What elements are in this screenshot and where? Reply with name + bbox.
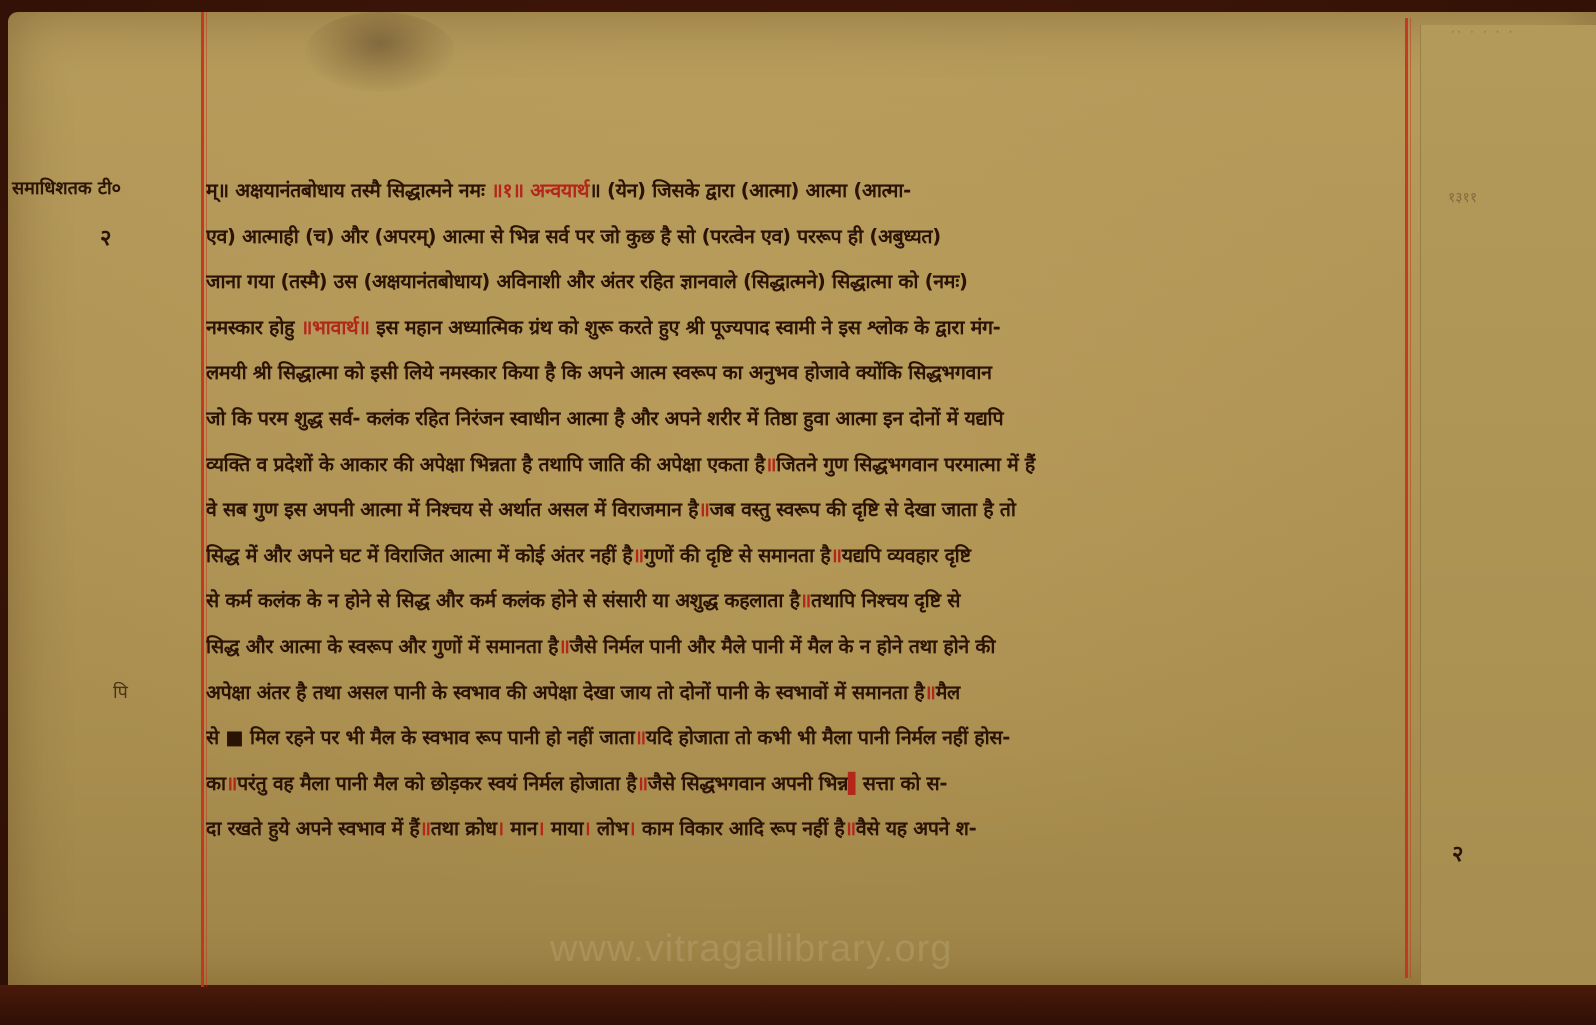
text-segment: दा रखते हुये अपने स्वभाव में हैं — [206, 817, 419, 840]
text-segment: जैसे निर्मल पानी और मैले पानी में मैल के… — [570, 635, 996, 658]
text-segment: अक्षयानंतबोधाय तस्मै सिद्धात्मने नमः — [235, 179, 491, 202]
left-margin-rule — [201, 12, 204, 987]
text-segment: अपेक्षा अंतर है तथा असल पानी के स्वभाव क… — [206, 681, 924, 704]
text-segment: जैसे सिद्धभगवान अपनी भिन्न — [648, 772, 848, 795]
text-line: सिद्ध में और अपने घट में विराजित आत्मा म… — [206, 533, 1406, 579]
margin-folio-number: २ — [100, 222, 111, 252]
rubric-segment: ॥१॥ — [491, 179, 530, 202]
text-line: सिद्ध और आत्मा के स्वरूप और गुणों में सम… — [206, 624, 1406, 670]
manuscript-photo: समाधिशतक टी० २ पि ·· · · · · १३११ २ म्॥ … — [0, 0, 1596, 1025]
text-segment: परंतु वह मैला पानी मैल को छोड़कर स्वयं न… — [237, 772, 636, 795]
text-line: जाना गया (तस्मै) उस (अक्षयानंतबोधाय) अवि… — [206, 259, 1406, 305]
text-segment: वैसे यह अपने श- — [856, 817, 977, 840]
right-margin-rule-inner — [1410, 18, 1411, 978]
text-segment: म्॥ — [206, 179, 235, 202]
text-segment: यद्यपि व्यवहार दृष्टि — [842, 544, 971, 567]
rubric-segment: ॥ — [698, 498, 709, 521]
text-segment: काम विकार आदि रूप नहीं है — [635, 817, 844, 840]
text-segment: गुणों की दृष्टि से समानता है — [644, 544, 831, 567]
text-line: लमयी श्री सिद्धात्मा को इसी लिये नमस्कार… — [206, 350, 1406, 396]
text-segment: जब वस्तु स्वरूप की दृष्टि से देखा जाता ह… — [710, 498, 1016, 521]
background-edge — [0, 985, 1596, 1025]
text-line: म्॥ अक्षयानंतबोधाय तस्मै सिद्धात्मने नमः… — [206, 168, 1406, 214]
rubric-segment: ॥ — [765, 453, 776, 476]
rubric-segment: ॥ — [558, 635, 569, 658]
text-segment: मैल — [936, 681, 960, 704]
right-margin-flap — [1420, 25, 1596, 985]
text-segment: तथा क्रोध — [431, 817, 497, 840]
pencil-dots: ·· · · · · — [1450, 28, 1514, 38]
text-segment: नमस्कार होहु — [206, 316, 301, 339]
text-line: वे सब गुण इस अपनी आत्मा में निश्चय से अर… — [206, 487, 1406, 533]
rubric-segment: ॥ — [800, 589, 811, 612]
text-segment: इस महान अध्यात्मिक ग्रंथ को शुरू करते हु… — [376, 316, 1000, 339]
rubric-segment: ॥ — [635, 726, 646, 749]
text-segment: लमयी श्री सिद्धात्मा को इसी लिये नमस्कार… — [206, 361, 992, 384]
text-segment: माया — [544, 817, 583, 840]
text-line: एव) आत्माही (च) और (अपरम्) आत्मा से भिन्… — [206, 214, 1406, 260]
text-line: से ■ मिल रहने पर भी मैल के स्वभाव रूप पा… — [206, 715, 1406, 761]
text-segment: सिद्ध में और अपने घट में विराजित आत्मा म… — [206, 544, 632, 567]
rubric-segment: ॥ — [830, 544, 841, 567]
text-segment: सिद्ध और आत्मा के स्वरूप और गुणों में सम… — [206, 635, 558, 658]
rubric-segment: ॥ — [226, 772, 237, 795]
text-line: नमस्कार होहु ॥भावार्थ॥ इस महान अध्यात्मि… — [206, 305, 1406, 351]
margin-mark: पि — [113, 680, 128, 704]
rubric-segment: ॥ — [419, 817, 430, 840]
text-segment: व्यक्ति व प्रदेशों के आकार की अपेक्षा भि… — [206, 453, 765, 476]
text-segment: का — [206, 772, 226, 795]
watermark: www.vitragallibrary.org — [550, 928, 952, 971]
text-line: का॥परंतु वह मैला पानी मैल को छोड़कर स्वय… — [206, 761, 1406, 807]
text-segment: से ■ मिल रहने पर भी मैल के स्वभाव रूप पा… — [206, 726, 635, 749]
pencil-catalog-number: १३११ — [1448, 188, 1477, 207]
text-segment: से कर्म कलंक के न होने से सिद्ध और कर्म … — [206, 589, 800, 612]
text-segment: तथापि निश्चय दृष्टि से — [811, 589, 960, 612]
right-page-number: २ — [1452, 838, 1463, 868]
rubric-segment: ▌ — [848, 772, 863, 795]
text-segment: यदि होजाता तो कभी भी मैला पानी निर्मल नह… — [646, 726, 1010, 749]
text-line: दा रखते हुये अपने स्वभाव में हैं॥तथा क्र… — [206, 806, 1406, 852]
rubric-segment: ॥ — [636, 772, 647, 795]
text-segment: ॥ (येन) जिसके द्वारा (आत्मा) आत्मा (आत्म… — [589, 179, 911, 202]
rubric-segment: अन्वयार्थ — [530, 179, 589, 202]
text-segment: वे सब गुण इस अपनी आत्मा में निश्चय से अर… — [206, 498, 698, 521]
text-segment: जाना गया (तस्मै) उस (अक्षयानंतबोधाय) अवि… — [206, 270, 968, 293]
text-line: जो कि परम शुद्ध सर्व- कलंक रहित निरंजन स… — [206, 396, 1406, 442]
rubric-segment: ॥ — [844, 817, 855, 840]
rubric-segment: ॥भावार्थ॥ — [301, 316, 376, 339]
text-line: व्यक्ति व प्रदेशों के आकार की अपेक्षा भि… — [206, 442, 1406, 488]
manuscript-text-block: म्॥ अक्षयानंतबोधाय तस्मै सिद्धात्मने नमः… — [206, 168, 1406, 852]
text-segment: जितने गुण सिद्धभगवान परमात्मा में हैं — [776, 453, 1035, 476]
text-segment: सत्ता को स- — [863, 772, 948, 795]
stain-mark — [305, 12, 455, 92]
rubric-segment: ॥ — [632, 544, 643, 567]
text-line: से कर्म कलंक के न होने से सिद्ध और कर्म … — [206, 578, 1406, 624]
text-line: अपेक्षा अंतर है तथा असल पानी के स्वभाव क… — [206, 670, 1406, 716]
text-segment: एव) आत्माही (च) और (अपरम्) आत्मा से भिन्… — [206, 225, 941, 248]
rubric-segment: ॥ — [924, 681, 935, 704]
margin-title: समाधिशतक टी० — [12, 176, 121, 200]
text-segment: मान — [504, 817, 537, 840]
text-segment: जो कि परम शुद्ध सर्व- कलंक रहित निरंजन स… — [206, 407, 1003, 430]
rubric-segment: । — [497, 817, 504, 840]
text-segment: लोभ — [590, 817, 628, 840]
